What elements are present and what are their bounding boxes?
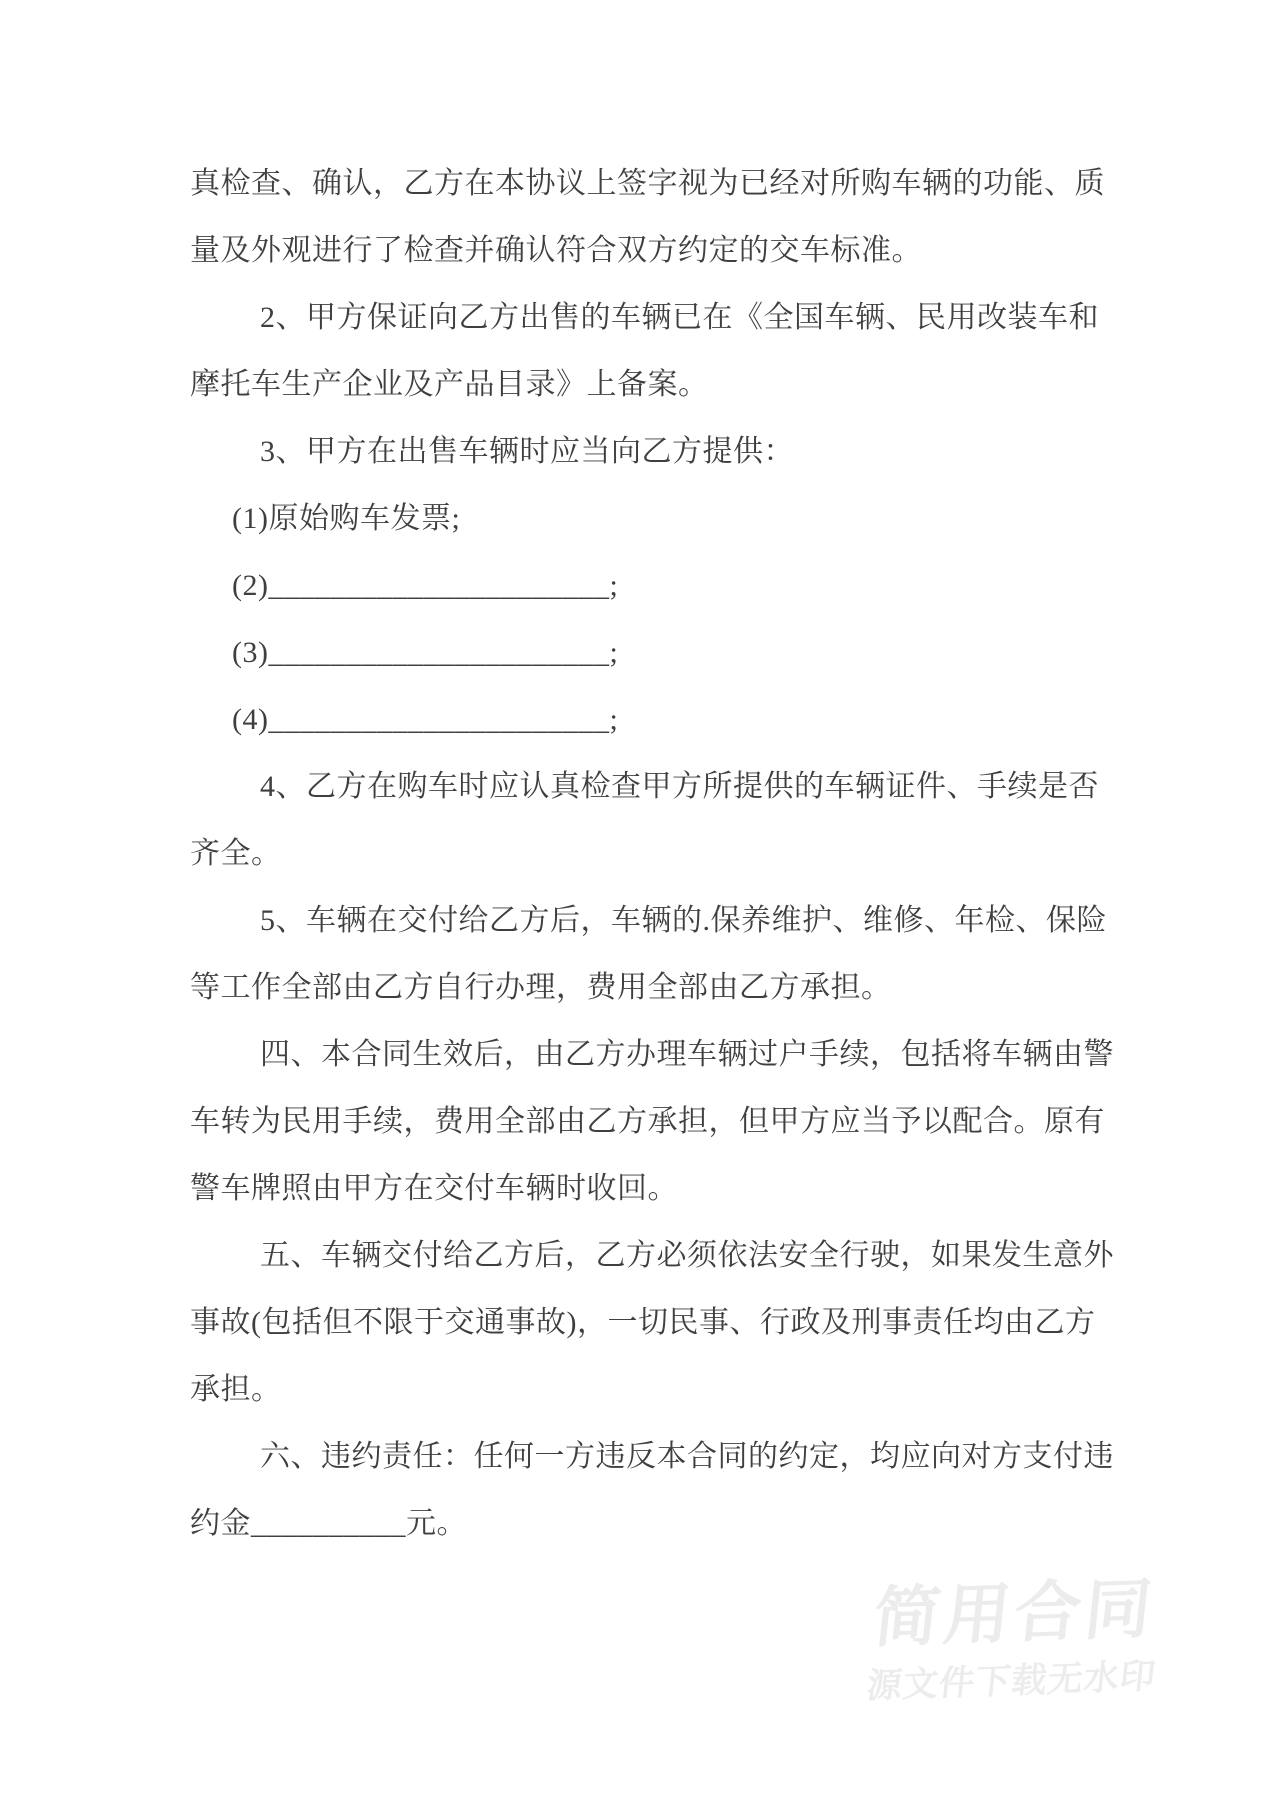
contract-body: 真检查、确认，乙方在本协议上签字视为已经对所购车辆的功能、质量及外观进行了检查并… <box>190 150 1100 1557</box>
document-line: 四、本合同生效后，由乙方办理车辆过户手续，包括将车辆由警 <box>190 1021 1100 1088</box>
document-line: 等工作全部由乙方自行办理，费用全部由乙方承担。 <box>190 954 1100 1021</box>
document-line: 5、车辆在交付给乙方后，车辆的.保养维护、维修、年检、保险 <box>190 887 1100 954</box>
document-line: 车转为民用手续，费用全部由乙方承担，但甲方应当予以配合。原有 <box>190 1088 1100 1155</box>
document-line: 4、乙方在购车时应认真检查甲方所提供的车辆证件、手续是否 <box>190 753 1100 820</box>
document-line: 约金__________元。 <box>190 1490 1100 1557</box>
watermark-subtitle: 源文件下载无水印 <box>865 1656 1200 1705</box>
document-line: (4)______________________; <box>190 686 1100 753</box>
document-line: 3、甲方在出售车辆时应当向乙方提供： <box>190 418 1100 485</box>
document-line: 真检查、确认，乙方在本协议上签字视为已经对所购车辆的功能、质 <box>190 150 1100 217</box>
document-line: 六、违约责任：任何一方违反本合同的约定，均应向对方支付违 <box>190 1423 1100 1490</box>
document-line: (1)原始购车发票; <box>190 485 1100 552</box>
contract-page: 真检查、确认，乙方在本协议上签字视为已经对所购车辆的功能、质量及外观进行了检查并… <box>0 0 1280 1810</box>
document-line: (3)______________________; <box>190 619 1100 686</box>
document-line: 事故(包括但不限于交通事故)，一切民事、行政及刑事责任均由乙方 <box>190 1289 1100 1356</box>
document-line: 五、车辆交付给乙方后，乙方必须依法安全行驶，如果发生意外 <box>190 1222 1100 1289</box>
document-line: 2、甲方保证向乙方出售的车辆已在《全国车辆、民用改装车和 <box>190 284 1100 351</box>
watermark-title: 简用合同 <box>870 1570 1209 1653</box>
document-line: (2)______________________; <box>190 552 1100 619</box>
watermark: 简用合同 源文件下载无水印 <box>865 1570 1210 1705</box>
document-line: 承担。 <box>190 1356 1100 1423</box>
document-line: 齐全。 <box>190 820 1100 887</box>
document-line: 摩托车生产企业及产品目录》上备案。 <box>190 351 1100 418</box>
document-line: 量及外观进行了检查并确认符合双方约定的交车标准。 <box>190 217 1100 284</box>
document-line: 警车牌照由甲方在交付车辆时收回。 <box>190 1155 1100 1222</box>
